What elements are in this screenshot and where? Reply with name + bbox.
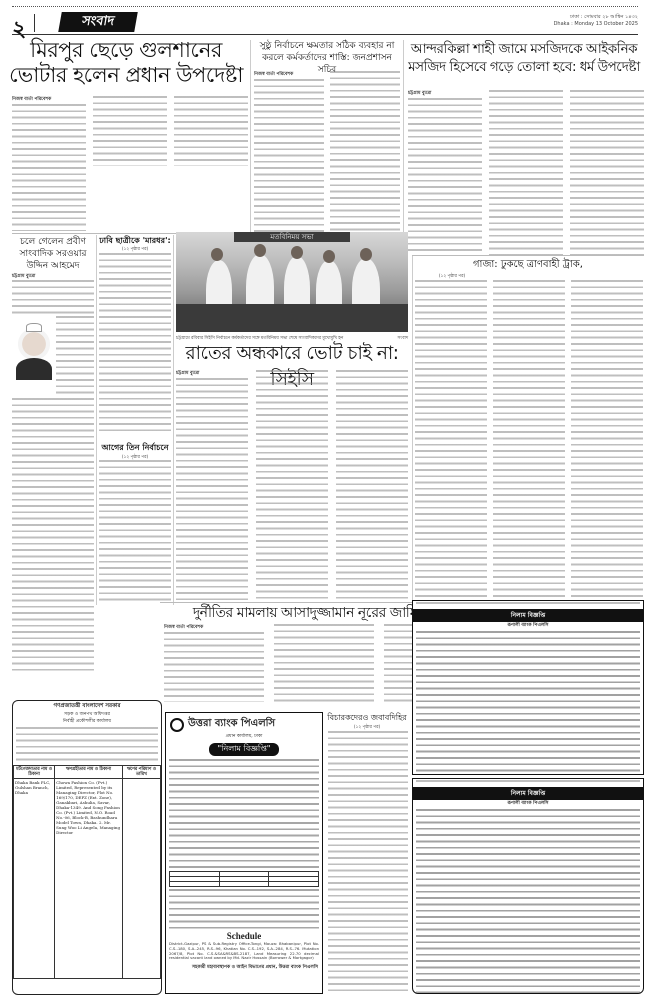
auction-notice-2: নিলাম বিজ্ঞপ্তি রূপালী ব্যাংক পিএলসি [412, 778, 644, 994]
obituary-headline[interactable]: চলে গেলেন প্রবীণ সাংবাদিক সরওয়ার উদ্দিন… [12, 236, 94, 272]
bank-branch: প্রধান কার্যালয়, ঢাকা [166, 733, 322, 740]
section-rule [412, 255, 644, 256]
cec-body: চট্টগ্রাম ব্যুরো [176, 370, 408, 600]
ad-signature: সহকারী মহাব্যবস্থাপক ও আইন বিভাগের প্রধা… [166, 962, 322, 973]
column-divider [412, 255, 413, 600]
student-continued: (১২ পৃষ্ঠার পর) [98, 246, 172, 253]
table-header: ঋণের পরিমাণ ও তারিখ [122, 766, 160, 779]
mosque-byline: চট্টগ্রাম ব্যুরো [408, 90, 482, 97]
corruption-byline: নিজস্ব বার্তা পরিবেশক [164, 624, 264, 631]
lead-byline: নিজস্ব বার্তা পরিবেশক [12, 96, 86, 103]
student-headline[interactable]: ঢাবি ছাত্রীকে 'মারধর': [98, 236, 172, 246]
table-cell [122, 779, 160, 979]
photo-banner: মতবিনিময় সভা [234, 232, 350, 242]
lead-body: নিজস্ব বার্তা পরিবেশক [12, 96, 248, 231]
tender-office: নির্বাহী প্রকৌশলীর কার্যালয় [13, 718, 161, 725]
bank-name: উত্তরা ব্যাংক পিএলসি [188, 716, 275, 733]
press-conference-photo: মতবিনিময় সভা [176, 232, 408, 332]
masthead-logo: সংবাদ [58, 12, 138, 32]
obituary-portrait [13, 318, 55, 380]
table-cell: Dhaka Bank PLC, Gulshan Branch, Dhaka [14, 779, 55, 979]
bank-logo-icon [170, 718, 184, 732]
column-divider [250, 40, 251, 235]
three-elections-headline[interactable]: আগের তিন নির্বাচনে [98, 443, 172, 453]
student-body [99, 253, 171, 435]
mosque-body: চট্টগ্রাম ব্যুরো [408, 90, 644, 255]
auction-notice-1: নিলাম বিজ্ঞপ্তি রূপালী ব্যাংক পিএলসি [412, 600, 644, 775]
table-header: ঋণগ্রহীতার নাম ও ঠিকানা [55, 766, 123, 779]
header-rule [12, 34, 638, 35]
secretary-byline: নিজস্ব বার্তা পরিবেশক [254, 71, 324, 78]
gaza-body [415, 280, 645, 600]
tender-subtitle: সড়ক ও জনপথ অধিদপ্তর [13, 711, 161, 718]
gaza-continued: (১২ পৃষ্ঠার পর) [415, 273, 489, 280]
auction-notice-title: "নিলাম বিজ্ঞপ্তি" [209, 743, 279, 756]
auction-1-title: নিলাম বিজ্ঞপ্তি [413, 609, 643, 622]
bicharak-headline[interactable]: বিচারকদেরও জবাবদিহির [326, 712, 408, 723]
tender-table: মর্টগেজদাতার নাম ও ঠিকানা ঋণগ্রহীতার নাম… [13, 765, 161, 979]
bicharak-continued: (১২ পৃষ্ঠার পর) [326, 724, 408, 731]
schedule-title: Schedule [166, 931, 322, 941]
tender-notice-box: গণপ্রজাতন্ত্রী বাংলাদেশ সরকার সড়ক ও জনপ… [12, 700, 162, 995]
page-number-divider [34, 14, 35, 32]
uttara-bank-auction-ad: উত্তরা ব্যাংক পিএলসি প্রধান কার্যালয়, ঢ… [165, 712, 323, 994]
auction-2-title: নিলাম বিজ্ঞপ্তি [413, 787, 643, 800]
schedule-text: District-Gazipur, PS & Sub-Registry Offi… [166, 941, 322, 962]
auction-1-seller: রূপালী ব্যাংক পিএলসি [413, 622, 643, 629]
column-divider [96, 235, 97, 605]
top-dotted-rule [12, 6, 638, 7]
gaza-headline[interactable]: গাজা: ঢুকছে ত্রাণবাহী ট্রাক, [412, 258, 644, 271]
bank-header: উত্তরা ব্যাংক পিএলসি [166, 713, 322, 733]
date-english: Dhaka : Monday 13 October 2025 [554, 21, 638, 28]
auction-2-seller: রূপালী ব্যাংক পিএলসি [413, 800, 643, 807]
obituary-byline: চট্টগ্রাম ব্যুরো [12, 273, 92, 280]
mosque-headline[interactable]: আন্দরকিল্লা শাহী জামে মসজিদকে আইকনিক মসজ… [404, 40, 644, 76]
date-bangla: ঢাকা : সোমবার ২৮ আশ্বিন ১৪৩২ [554, 14, 638, 21]
column-divider [173, 235, 174, 605]
auction-table [169, 871, 319, 887]
table-header: মর্টগেজদাতার নাম ও ঠিকানা [14, 766, 55, 779]
three-elections-body [99, 460, 171, 605]
auction-body [169, 759, 319, 869]
tender-title: গণপ্রজাতন্ত্রী বাংলাদেশ সরকার [13, 701, 161, 711]
cec-byline: চট্টগ্রাম ব্যুরো [176, 370, 248, 377]
dateline: ঢাকা : সোমবার ২৮ আশ্বিন ১৪৩২ Dhaka : Mon… [554, 14, 638, 28]
tender-text [16, 727, 158, 763]
secretary-body: নিজস্ব বার্তা পরিবেশক [254, 71, 400, 239]
bicharak-body [328, 731, 408, 991]
lead-headline[interactable]: মিরপুর ছেড়ে গুলশানের ভোটার হলেন প্রধান … [8, 38, 244, 88]
table-cell: Chowa Fashion Co. (Pvt.) Limited, Repres… [55, 779, 123, 979]
